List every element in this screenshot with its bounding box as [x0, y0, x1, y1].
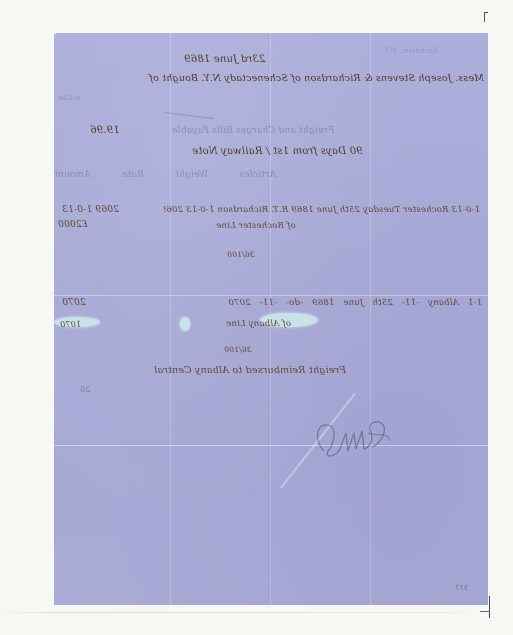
- vertical-fold-right: [370, 33, 371, 605]
- horizontal-fold-lower: [54, 445, 488, 446]
- row-1-left-total: £2000: [58, 220, 88, 230]
- vertical-fold-left: [170, 33, 171, 605]
- annotation-amount: 19.96: [90, 125, 120, 136]
- row-2-description: 1-1 Albany -11- 25th June 1869 -do- -11-…: [126, 298, 482, 308]
- row-2-sub: of Albany Line: [226, 319, 291, 329]
- faint-charges-line: Freight and Charges Bills Payable: [172, 126, 334, 136]
- horizontal-fold: [54, 295, 488, 296]
- signature: [304, 411, 404, 471]
- column-header: Articles Weight Rate Amount: [54, 170, 276, 180]
- row-2-left-amount: 2070: [62, 298, 86, 308]
- document-page: Rochester, N.Y. 23rd June 1869 Mess. Jos…: [54, 33, 488, 605]
- crop-mark-bottom-right-horizontal: [480, 611, 490, 612]
- row-1-left-amount: 2069 1-0-13: [62, 205, 119, 215]
- row-2-left-total: 1070: [60, 320, 81, 329]
- margin-note: 26: [80, 385, 91, 394]
- address-line: Mess. Joseph Stevens & Richardson of Sch…: [84, 73, 484, 84]
- footer-line: Freight Reimbursed to Albany Central: [154, 365, 346, 376]
- row-1-description: 1-0-13 Rochester Tuesday 25th June 1869 …: [164, 205, 480, 215]
- address-note: to Line: [58, 95, 81, 102]
- signature-icon: [304, 411, 404, 471]
- crop-mark-bottom-right: [489, 596, 490, 618]
- row-2-ref: 36/100: [224, 345, 252, 354]
- row-1-sub: of Rochester Line: [216, 221, 296, 231]
- row-1-ref: 36/100: [227, 250, 255, 259]
- scan-baseline: [0, 612, 480, 613]
- page-number: 377: [455, 584, 468, 592]
- crop-mark-top-right: [484, 12, 485, 22]
- office-stamp: Rochester, N.Y.: [382, 47, 438, 55]
- strike-line: [164, 112, 214, 119]
- terms-line: 90 Days from 1st / Railway Note: [192, 146, 363, 157]
- date-line: 23rd June 1869: [184, 54, 265, 65]
- paper-tear: [180, 317, 190, 331]
